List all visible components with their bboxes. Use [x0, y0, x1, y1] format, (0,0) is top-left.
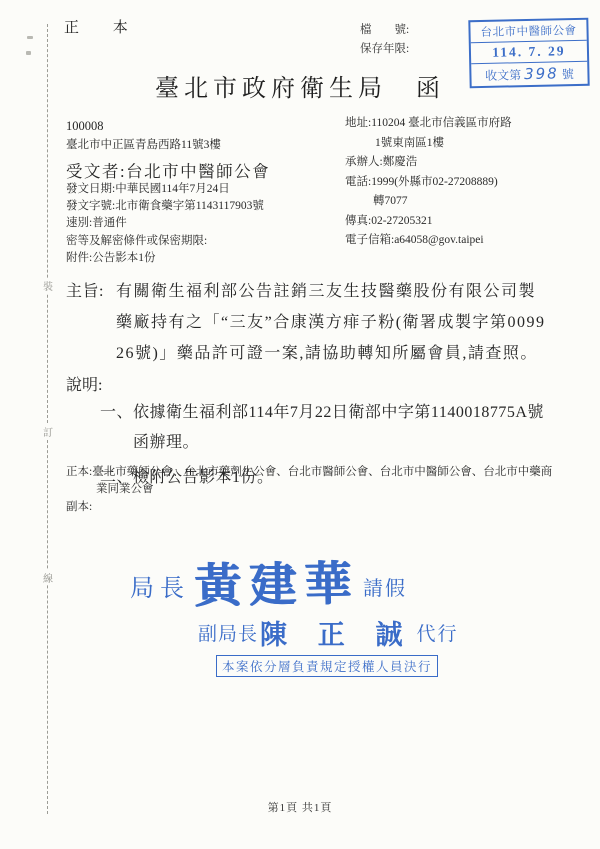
deputy-signature-row: 副局長 陳 正 誠 代行	[198, 613, 470, 652]
binding-mark-xian: 線	[41, 570, 55, 585]
field-issue-date: 發文日期:中華民國114年7月24日	[66, 181, 264, 198]
retention-label: 保存年限:	[360, 40, 409, 59]
distribution-block: 正本:臺北市藥師公會、台北市藥劑生公會、台北市醫師公會、台北市中醫師公會、台北市…	[66, 464, 556, 516]
contact-address-line1: 地址:110204 臺北市信義區市府路	[345, 114, 512, 134]
signature-stamp: 局長 黃建華 請假 副局長 陳 正 誠 代行 本案依分層負責規定授權人員決行	[130, 548, 470, 677]
binding-dotted-line	[47, 24, 48, 814]
recipient-label: 受文者:	[66, 162, 126, 181]
receipt-stamp-org: 台北市中醫師公會	[470, 20, 586, 43]
contact-phone-line2: 轉7077	[345, 192, 512, 212]
carbon-copy-label: 副本:	[66, 499, 556, 516]
scan-artifact	[26, 51, 31, 55]
recipient-name: 台北市中醫師公會	[126, 162, 270, 181]
field-secrecy: 密等及解密條件或保密期限:	[66, 233, 264, 250]
binding-mark-zhuang: 裝	[41, 278, 55, 293]
director-name-calligraphy: 黃建華	[193, 547, 359, 617]
receipt-stamp-date: 114. 7. 29	[471, 41, 587, 64]
document-fields: 發文日期:中華民國114年7月24日 發文字號:北市衛食藥字第114311790…	[66, 181, 264, 267]
field-attachment: 附件:公告影本1份	[66, 250, 264, 267]
original-copy-line: 正本:臺北市藥師公會、台北市藥劑生公會、台北市醫師公會、台北市中醫師公會、台北市…	[66, 464, 556, 498]
file-number-block: 檔 號: 保存年限:	[360, 21, 409, 59]
scan-artifact	[27, 36, 33, 39]
recipient-line: 受文者:台北市中醫師公會	[66, 158, 270, 182]
contact-phone-line1: 電話:1999(外縣市02-27208889)	[345, 173, 512, 193]
document-title: 臺北市政府衛生局 函	[0, 68, 600, 103]
contact-fax: 傳真:02-27205321	[345, 212, 512, 232]
contact-email: 電子信箱:a64058@gov.taipei	[345, 231, 512, 251]
subject-label: 主旨:	[66, 276, 116, 369]
subject-section: 主旨: 有關衛生福利部公告註銷三友生技醫藥股份有限公司製藥廠持有之「“三友”合康…	[66, 276, 552, 369]
contact-block: 地址:110204 臺北市信義區市府路 1號東南區1樓 承辦人:鄭慶浩 電話:1…	[345, 114, 512, 251]
field-speed: 速別:普通件	[66, 215, 264, 232]
director-signature-row: 局長 黃建華 請假	[130, 548, 470, 615]
delegation-note-box: 本案依分層負責規定授權人員決行	[216, 655, 438, 677]
contact-person: 承辦人:鄭慶浩	[345, 153, 512, 173]
recipient-block: 100008 臺北市中正區青島西路11號3樓 受文者:台北市中醫師公會	[66, 119, 270, 182]
page-number: 第1頁 共1頁	[0, 799, 600, 815]
field-doc-number: 發文字號:北市衛食藥字第1143117903號	[66, 198, 264, 215]
explanation-item-1: 一、依據衛生福利部114年7月22日衛部中字第1140018775A號函辦理。	[100, 398, 552, 458]
subject-text: 有關衛生福利部公告註銷三友生技醫藥股份有限公司製藥廠持有之「“三友”合康漢方痱子…	[116, 276, 552, 369]
deputy-name: 陳 正 誠	[260, 613, 415, 652]
deputy-title: 副局長	[198, 619, 258, 646]
deputy-status: 代行	[417, 619, 459, 646]
contact-address-line2: 1號東南區1樓	[345, 134, 512, 154]
copy-type-label: 正 本	[64, 16, 143, 37]
file-number-label: 檔 號:	[360, 21, 409, 40]
director-title: 局長	[130, 568, 190, 603]
recipient-postal-code: 100008	[66, 119, 270, 134]
explanation-label: 說明:	[66, 372, 102, 395]
recipient-address: 臺北市中正區青島西路11號3樓	[66, 136, 270, 152]
director-status: 請假	[363, 572, 407, 601]
binding-mark-ding: 訂	[41, 424, 55, 439]
